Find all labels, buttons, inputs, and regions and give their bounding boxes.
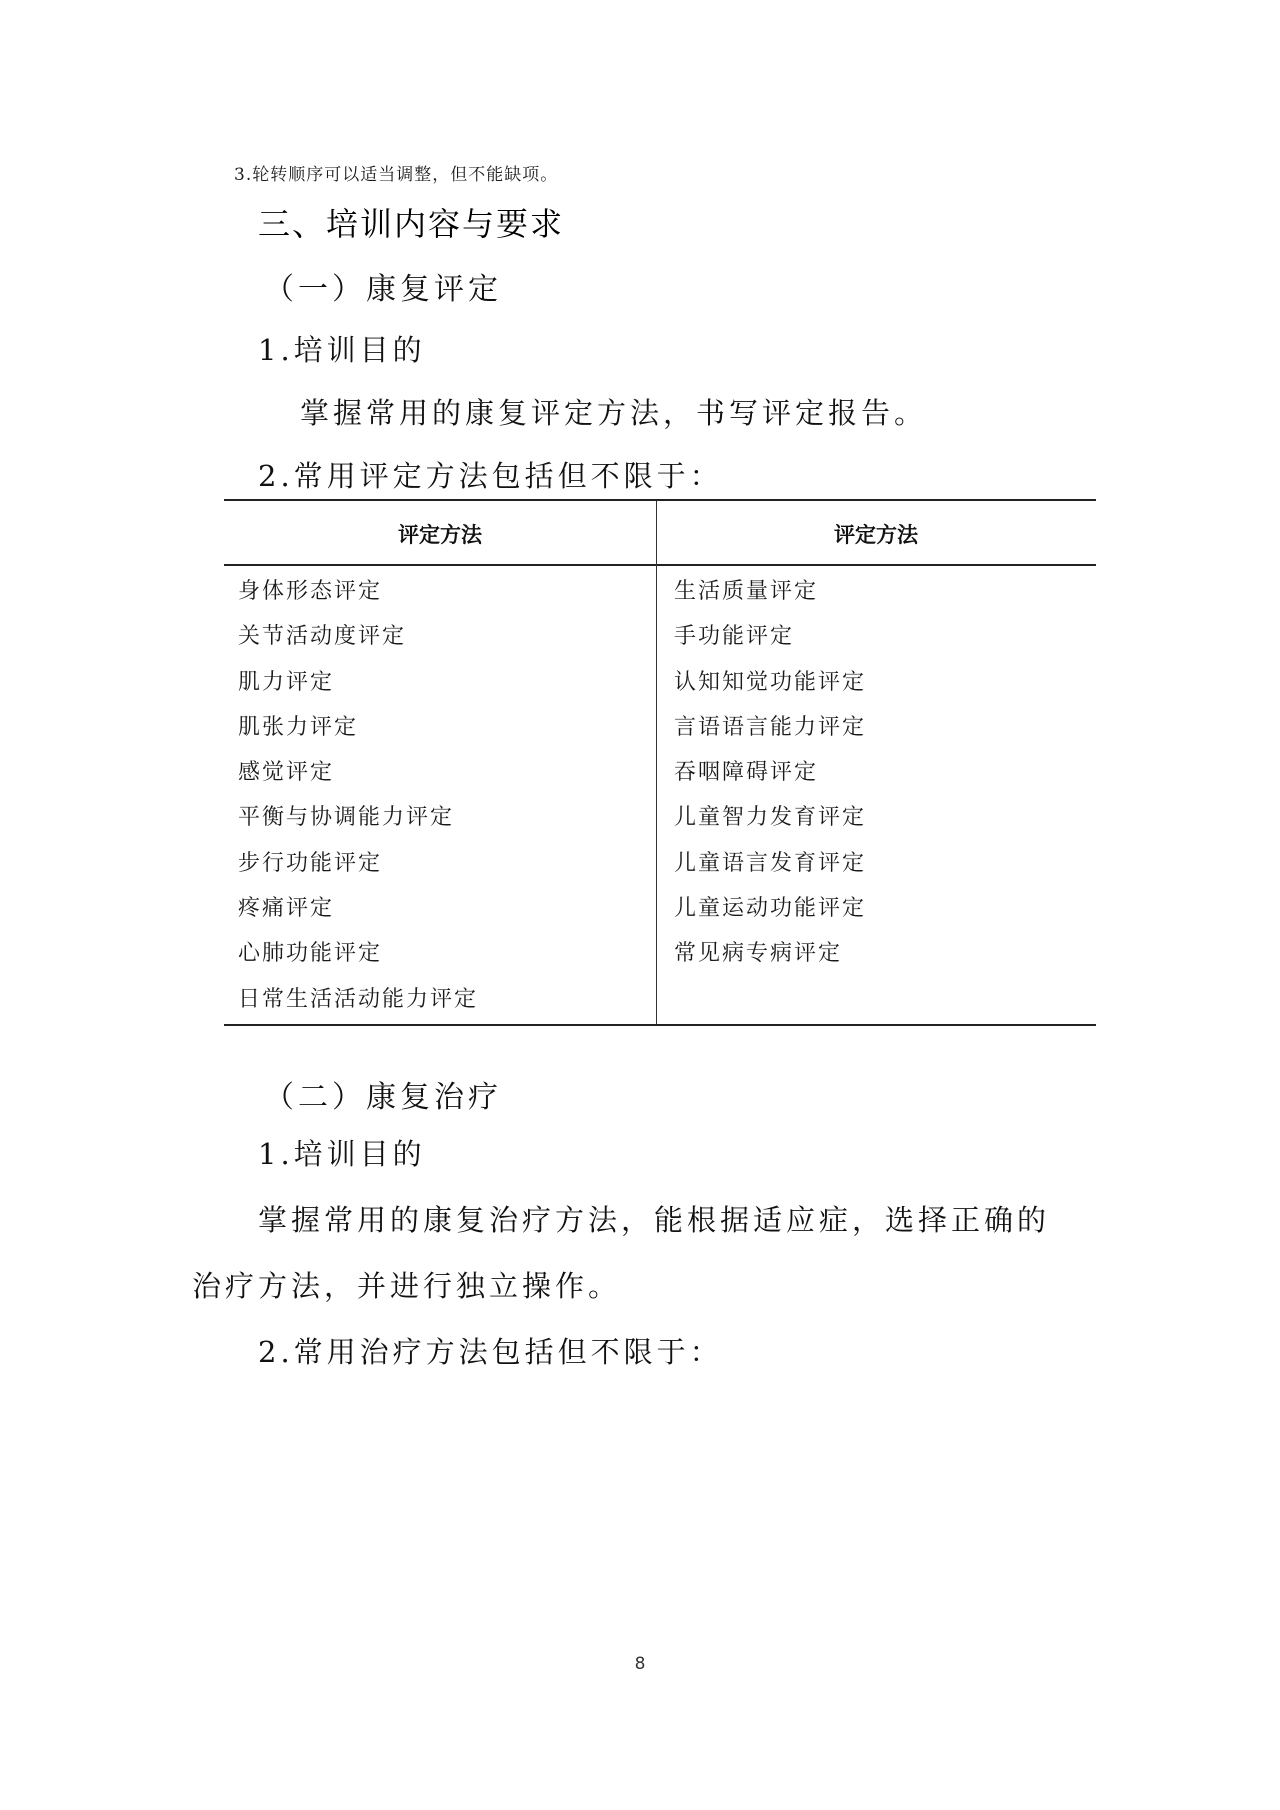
- table-cell: 步行功能评定: [238, 849, 478, 894]
- table-header-rule: [224, 564, 1096, 566]
- table-cell: 认知知觉功能评定: [674, 668, 866, 713]
- table-cell: 儿童智力发育评定: [674, 803, 866, 848]
- table-cell: 儿童语言发育评定: [674, 849, 866, 894]
- assessment-purpose-heading: 1.培训目的: [258, 328, 426, 369]
- table-cell: 日常生活活动能力评定: [238, 985, 478, 1030]
- table-cell: 儿童运动功能评定: [674, 894, 866, 939]
- assessment-purpose-text: 掌握常用的康复评定方法，书写评定报告。: [300, 391, 927, 432]
- table-cell: 吞咽障碍评定: [674, 758, 866, 803]
- table-cell: 言语语言能力评定: [674, 713, 866, 758]
- table-cell: 关节活动度评定: [238, 622, 478, 667]
- table-cell: 心肺功能评定: [238, 939, 478, 984]
- treatment-methods-heading: 2.常用治疗方法包括但不限于：: [258, 1330, 723, 1371]
- table-header-right: 评定方法: [656, 519, 1096, 549]
- table-left-column: 身体形态评定 关节活动度评定 肌力评定 肌张力评定 感觉评定 平衡与协调能力评定…: [238, 577, 478, 1030]
- table-cell: 手功能评定: [674, 622, 866, 667]
- table-header-left: 评定方法: [224, 519, 656, 549]
- table-cell: 肌力评定: [238, 668, 478, 713]
- treatment-purpose-heading: 1.培训目的: [258, 1132, 426, 1173]
- table-column-divider: [656, 501, 657, 1024]
- table-cell: 常见病专病评定: [674, 939, 866, 984]
- table-cell: 身体形态评定: [238, 577, 478, 622]
- subsection-title-assessment: （一）康复评定: [264, 264, 502, 308]
- section-title: 三、培训内容与要求: [258, 199, 564, 245]
- treatment-purpose-text-line2: 治疗方法，并进行独立操作。: [192, 1264, 621, 1305]
- assessment-methods-table: 评定方法 评定方法 身体形态评定 关节活动度评定 肌力评定 肌张力评定 感觉评定…: [224, 499, 1096, 1026]
- table-cell: 生活质量评定: [674, 577, 866, 622]
- table-cell: 平衡与协调能力评定: [238, 803, 478, 848]
- table-cell: 感觉评定: [238, 758, 478, 803]
- table-right-column: 生活质量评定 手功能评定 认知知觉功能评定 言语语言能力评定 吞咽障碍评定 儿童…: [674, 577, 866, 985]
- table-cell: 肌张力评定: [238, 713, 478, 758]
- treatment-purpose-text-line1: 掌握常用的康复治疗方法，能根据适应症，选择正确的: [258, 1198, 1050, 1239]
- rotation-note: 3.轮转顺序可以适当调整，但不能缺项。: [234, 160, 558, 185]
- subsection-title-treatment: （二）康复治疗: [264, 1072, 502, 1116]
- page-number: 8: [0, 1654, 1280, 1674]
- assessment-methods-heading: 2.常用评定方法包括但不限于：: [258, 454, 723, 495]
- table-cell: 疼痛评定: [238, 894, 478, 939]
